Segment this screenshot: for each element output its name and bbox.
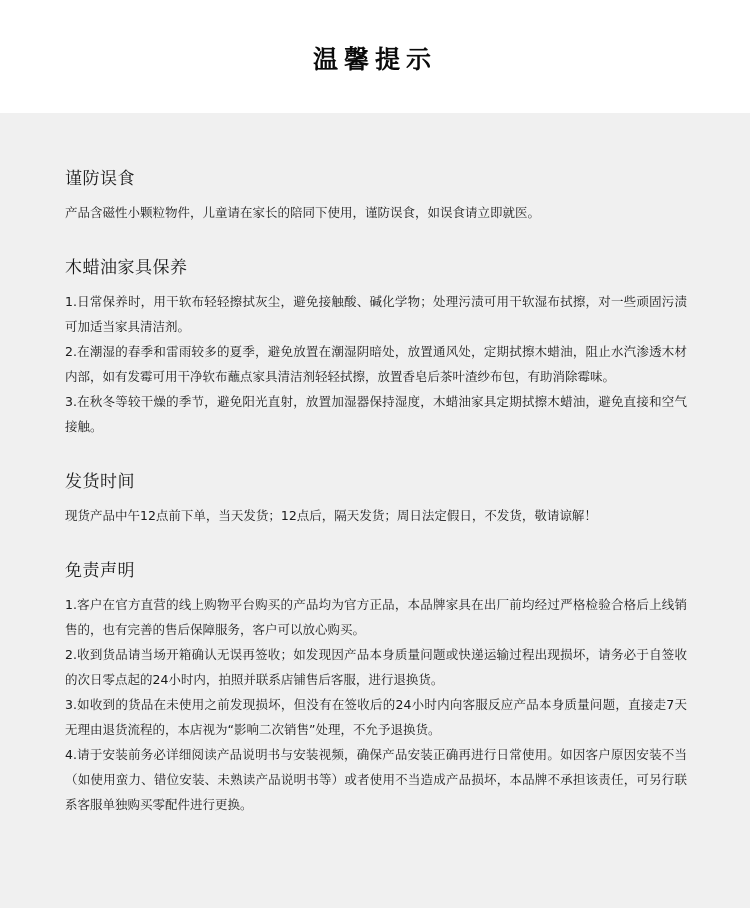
- paragraph: 2.在潮湿的春季和雷雨较多的夏季，避免放置在潮湿阴暗处，放置通风处，定期拭擦木蜡…: [65, 339, 687, 389]
- section-title: 免责声明: [65, 558, 686, 584]
- paragraph: 1.日常保养时，用干软布轻轻擦拭灰尘，避免接触酸、碱化学物；处理污渍可用干软湿布…: [65, 289, 687, 339]
- section-title: 谨防误食: [65, 166, 686, 192]
- paragraph: 4.请于安装前务必详细阅读产品说明书与安装视频，确保产品安装正确再进行日常使用。…: [65, 742, 687, 817]
- paragraph: 现货产品中午12点前下单，当天发货；12点后，隔天发货；周日法定假日，不发货，敬…: [65, 503, 687, 528]
- section-body: 1.客户在官方直营的线上购物平台购买的产品均为官方正品，本品牌家具在出厂前均经过…: [65, 592, 687, 817]
- paragraph: 1.客户在官方直营的线上购物平台购买的产品均为官方正品，本品牌家具在出厂前均经过…: [65, 592, 687, 642]
- page-header: 温馨提示: [0, 0, 750, 113]
- notice-content: 谨防误食 产品含磁性小颗粒物件，儿童请在家长的陪同下使用，谨防误食，如误食请立即…: [0, 113, 750, 908]
- section-shipping-time: 发货时间 现货产品中午12点前下单，当天发货；12点后，隔天发货；周日法定假日，…: [65, 469, 686, 528]
- page-title: 温馨提示: [313, 40, 437, 76]
- paragraph: 3.如收到的货品在未使用之前发现损坏，但没有在签收后的24小时内向客服反应产品本…: [65, 692, 687, 742]
- section-disclaimer: 免责声明 1.客户在官方直营的线上购物平台购买的产品均为官方正品，本品牌家具在出…: [65, 558, 686, 817]
- section-wood-wax-care: 木蜡油家具保养 1.日常保养时，用干软布轻轻擦拭灰尘，避免接触酸、碱化学物；处理…: [65, 255, 686, 439]
- section-title: 发货时间: [65, 469, 686, 495]
- section-body: 现货产品中午12点前下单，当天发货；12点后，隔天发货；周日法定假日，不发货，敬…: [65, 503, 687, 528]
- section-body: 1.日常保养时，用干软布轻轻擦拭灰尘，避免接触酸、碱化学物；处理污渍可用干软湿布…: [65, 289, 687, 439]
- section-body: 产品含磁性小颗粒物件，儿童请在家长的陪同下使用，谨防误食，如误食请立即就医。: [65, 200, 687, 225]
- section-choking-warning: 谨防误食 产品含磁性小颗粒物件，儿童请在家长的陪同下使用，谨防误食，如误食请立即…: [65, 166, 686, 225]
- section-title: 木蜡油家具保养: [65, 255, 686, 281]
- paragraph: 3.在秋冬等较干燥的季节，避免阳光直射，放置加湿器保持湿度，木蜡油家具定期拭擦木…: [65, 389, 687, 439]
- paragraph: 2.收到货品请当场开箱确认无误再签收；如发现因产品本身质量问题或快递运输过程出现…: [65, 642, 687, 692]
- paragraph: 产品含磁性小颗粒物件，儿童请在家长的陪同下使用，谨防误食，如误食请立即就医。: [65, 200, 687, 225]
